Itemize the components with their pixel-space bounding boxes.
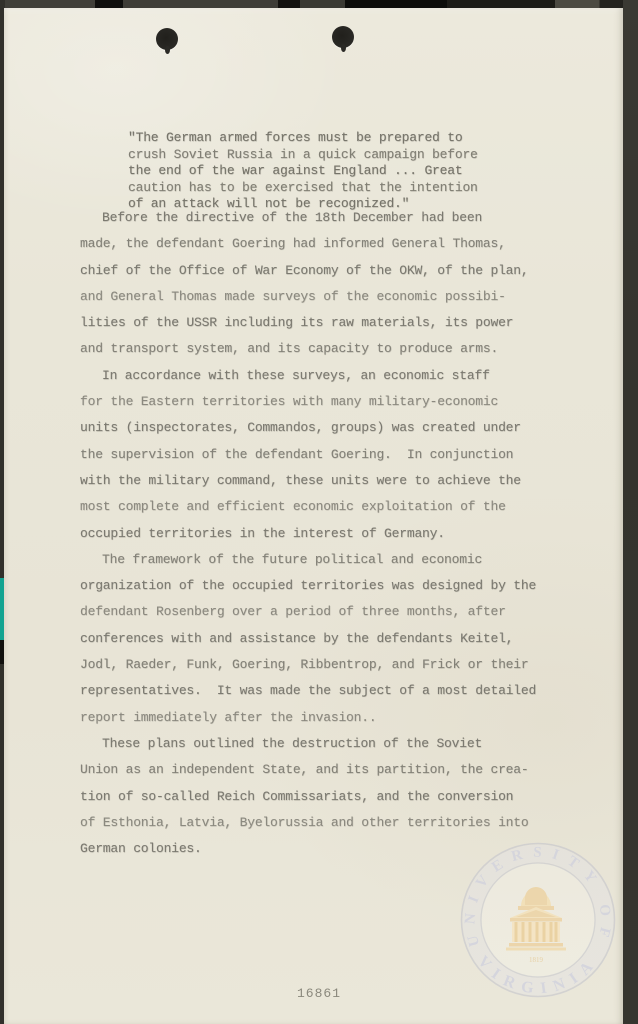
document-page: "The German armed forces must be prepare… xyxy=(4,8,623,1024)
text-line: organization of the occupied territories… xyxy=(80,573,536,599)
quote-line: caution has to be exercised that the int… xyxy=(128,180,478,197)
text-line: Union as an independent State, and its p… xyxy=(80,757,536,783)
text-line: report immediately after the invasion.. xyxy=(80,705,536,731)
text-line: These plans outlined the destruction of … xyxy=(80,731,536,757)
text-line: Before the directive of the 18th Decembe… xyxy=(80,205,536,231)
quote-line: "The German armed forces must be prepare… xyxy=(128,130,478,147)
text-line: made, the defendant Goering had informed… xyxy=(80,231,536,257)
quote-line: the end of the war against England ... G… xyxy=(128,163,478,180)
text-line: The framework of the future political an… xyxy=(80,547,536,573)
text-line: lities of the USSR including its raw mat… xyxy=(80,310,536,336)
page-number: 16861 xyxy=(297,986,341,1001)
text-line: conferences with and assistance by the d… xyxy=(80,626,536,652)
document-body: Before the directive of the 18th Decembe… xyxy=(80,205,536,862)
text-line: Jodl, Raeder, Funk, Goering, Ribbentrop,… xyxy=(80,652,536,678)
university-of-virginia-seal: 1819 UNIVERSITY OF VIRGINIA xyxy=(448,830,628,1010)
text-line: with the military command, these units w… xyxy=(80,468,536,494)
text-line: tion of so-called Reich Commissariats, a… xyxy=(80,784,536,810)
text-line: and General Thomas made surveys of the e… xyxy=(80,284,536,310)
quote-line: crush Soviet Russia in a quick campaign … xyxy=(128,147,478,164)
block-quote: "The German armed forces must be prepare… xyxy=(128,130,478,213)
punch-hole-right xyxy=(332,26,354,48)
text-line: representatives. It was made the subject… xyxy=(80,678,536,704)
text-line: for the Eastern territories with many mi… xyxy=(80,389,536,415)
text-line: most complete and efficient economic exp… xyxy=(80,494,536,520)
text-line: defendant Rosenberg over a period of thr… xyxy=(80,599,536,625)
punch-hole-left xyxy=(156,28,178,50)
text-line: occupied territories in the interest of … xyxy=(80,521,536,547)
text-line: the supervision of the defendant Goering… xyxy=(80,442,536,468)
text-line: In accordance with these surveys, an eco… xyxy=(80,363,536,389)
text-line: units (inspectorates, Commandos, groups)… xyxy=(80,415,536,441)
text-line: chief of the Office of War Economy of th… xyxy=(80,258,536,284)
text-line: and transport system, and its capacity t… xyxy=(80,336,536,362)
seal-year: 1819 xyxy=(529,956,544,964)
